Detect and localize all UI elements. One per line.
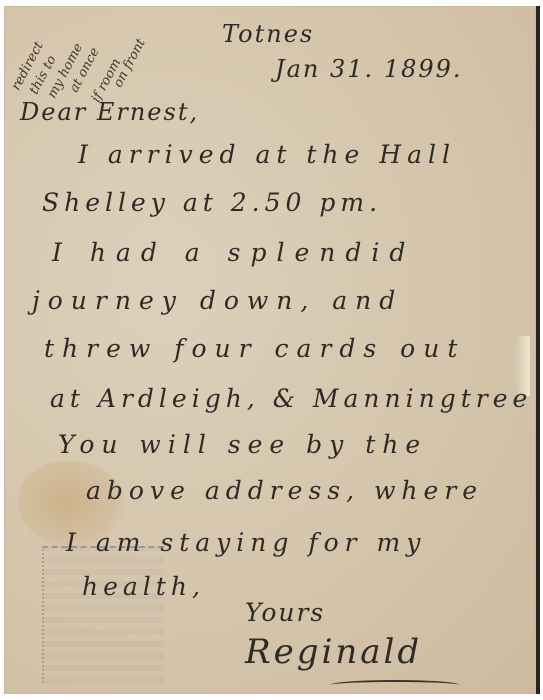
body-line: I arrived at the Hall <box>78 140 456 169</box>
body-line: I had a splendid <box>52 238 415 267</box>
body-line: threw four cards out <box>44 334 465 363</box>
body-line: above address, where <box>86 476 483 505</box>
place-name: Totnes <box>222 20 314 48</box>
body-line: You will see by the <box>58 430 427 459</box>
body-line: at Ardleigh, & Manningtree <box>50 384 532 413</box>
body-line: Shelley at 2.50 pm. <box>42 188 382 217</box>
closing: Yours <box>245 598 325 627</box>
body-line: health, <box>82 572 205 601</box>
body-line: I am staying for my <box>66 528 426 557</box>
faded-stamp-impression <box>42 546 164 683</box>
signature: Reginald <box>245 632 422 672</box>
body-line: journey down, and <box>32 286 403 315</box>
salutation: Dear Ernest, <box>20 98 199 126</box>
letter-date: Jan 31. 1899. <box>275 55 463 83</box>
signature-flourish <box>330 680 460 690</box>
